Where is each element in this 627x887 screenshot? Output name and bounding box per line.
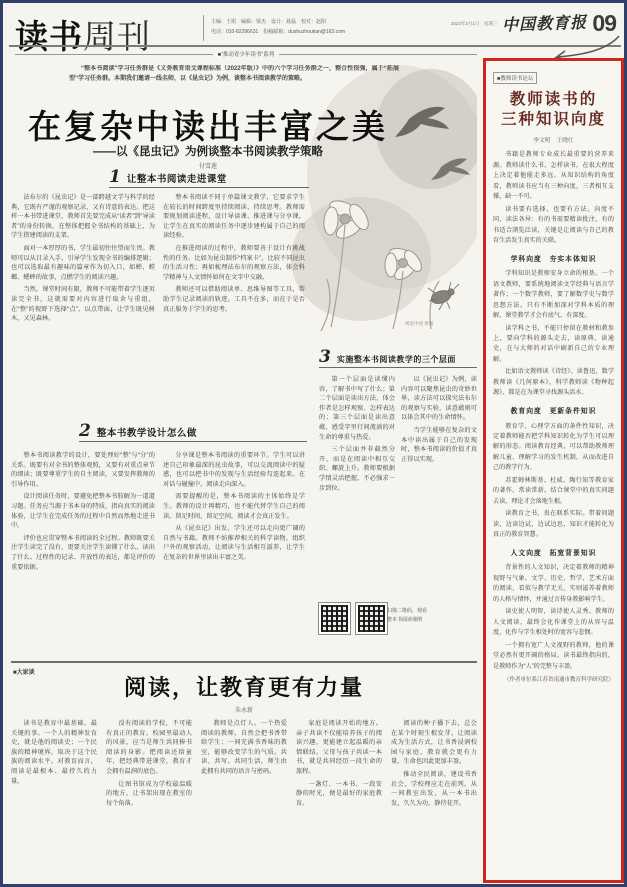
section-2-title: 整本书教学设计怎么做	[97, 425, 197, 439]
right-title-line-2: 三种知识向度	[493, 110, 614, 130]
paragraph: 以《昆虫记》为例，读内容可以聚焦昆虫的奇妙世界，读方法可以探究法布尔的观察与实验…	[401, 375, 477, 423]
right-column-article: ■教师读书论坛 教师读书的 三种知识向度 李文明 王晓红 书籍是教师专业成长最重…	[483, 58, 624, 883]
issue-date: 2023年3月1日 星期三	[451, 21, 498, 27]
paragraph: 苏霍姆林斯基、杜威、陶行知等教育家的著作，常读常新。结合课堂中的真实问题去读，理…	[493, 476, 614, 507]
paragraph: 从《昆虫记》出发，学生还可以走向更广阔的自然与书籍。教师不妨推荐相关的科学读物，…	[163, 524, 305, 562]
right-intro: 书籍是教师专业成长最重要的营养来源。教师读什么书、怎样读书，在很大程度上决定着他…	[493, 150, 614, 246]
section-1-title: 让整本书阅读走进课堂	[127, 171, 227, 185]
section-3-title: 实施整本书阅读教学的三个层面	[337, 354, 456, 365]
credits-line-1: 主编：王珺 编辑：梁杰 设计：聂磊 校对：赵阳	[211, 18, 361, 28]
bottom-article-title: 阅读，让教育更有力量	[11, 671, 477, 702]
section-3-number: 3	[319, 351, 331, 365]
main-subtitle: ——以《昆虫记》为例谈整本书阅读教学策略	[9, 143, 407, 159]
right-subhead-3: 人文向度 拓宽背景知识	[493, 548, 614, 560]
section-1-header: 1 让整本书阅读走进课堂	[109, 171, 309, 188]
text-column: 没有阅读的学校，不可能有真正的教育。校园里最动人的风景，应当是师生共同捧书阅读的…	[106, 719, 192, 877]
text-column: 分享课是整本书阅读的重要环节。学生可以讲述自己印象最深的昆虫故事，可以交流阅读中…	[163, 451, 305, 657]
qr-caption-line-2: 整本书阅读课例	[387, 616, 475, 625]
right-article-byline: 李文明 王晓红	[493, 135, 614, 144]
paragraph: 一盏灯、一本书、一段安静的时光，便是最好的家庭教育。	[296, 780, 382, 809]
header-rule	[9, 45, 621, 47]
main-byline: 付雪莲	[9, 161, 407, 170]
text-column: 整本书阅读教学的设计，要处理好“整”与“分”的关系。既要有对全书的整体观照，又要…	[11, 451, 155, 657]
paragraph: 让图书馆成为学校最温暖的地方，让书架出现在教室的每个角落。	[106, 780, 192, 809]
paragraph: 读学科之书，不能只停留在教材和教参上，要向学科的源头走去，读原典、读通史，在与大…	[493, 324, 614, 366]
right-article-footer: （作者单位系江苏省南通市教育科学研究院）	[493, 676, 614, 685]
paragraph: 第一个层面是读懂内容，了解书中写了什么；第二个层面是读出方法，体会作者是怎样观察…	[319, 375, 395, 442]
newspaper-page: 读书 周刊 主编：王珺 编辑：梁杰 设计：聂磊 校对：赵阳 电话：010-822…	[0, 0, 627, 887]
qr-caption: 扫描二维码，观看 整本书阅读课例	[387, 607, 475, 625]
paragraph: 分享课是整本书阅读的重要环节。学生可以讲述自己印象最深的昆虫故事，可以交流阅读中…	[163, 451, 305, 489]
section-2-header: 2 整本书教学设计怎么做	[79, 425, 307, 442]
text-column: 读书是教育中最基础、最关键的事。一个人的精神发育史，就是他的阅读史；一个民族的精…	[11, 719, 97, 877]
series-rule-left	[15, 54, 213, 55]
right-article-body: 书籍是教师专业成长最重要的营养来源。教师读什么书、怎样读书，在很大程度上决定着他…	[493, 150, 614, 685]
section-3-header: 3 实施整本书阅读教学的三个层面	[319, 351, 477, 368]
section-1-number: 1	[109, 171, 121, 185]
paragraph: 当然，课堂时间有限，教师不可能带着学生逐页读完全书，这就需要对内容进行取舍与重组…	[11, 285, 155, 323]
text-column: 家庭是阅读开始的地方。亲子共读不仅能培养孩子的阅读兴趣，更能建立起温暖的亲情联结…	[296, 719, 382, 877]
paragraph: 背景性的人文知识，决定着教师的精神视野与气象。文学、历史、哲学、艺术方面的阅读，…	[493, 563, 614, 605]
right-sub1-paras: 学科知识是教师安身立命的根基。一个语文教师，要系统地阅读文学经典与语言学著作；一…	[493, 269, 614, 399]
credits-line-2: 电话：010-82296631 投稿邮箱：dushuzhoukan@163.co…	[211, 28, 361, 38]
section-2-number: 2	[79, 425, 91, 439]
text-column: 教师是点灯人。一个热爱阅读的教师，自然会把书香带给学生；一间充满书香味的教室，能…	[201, 719, 287, 877]
paragraph: 面对一本厚厚的书，学生最初往往望而生畏。教师可以从目录入手，引导学生发现全书的编…	[11, 244, 155, 282]
paragraph: 比如语文教师读《诗经》、读鲁迅，数学教师读《几何原本》，科学教师读《物种起源》，…	[493, 367, 614, 398]
paragraph: 读书是教育中最基础、最关键的事。一个人的精神发育史，就是他的阅读史；一个民族的精…	[11, 719, 97, 786]
series-label: ■“推动青少年读书”系列	[213, 50, 280, 58]
right-article-title: 教师读书的 三种知识向度	[493, 90, 614, 130]
paragraph: 阅读的种子播下去，总会在某个时刻生根发芽。让阅读成为生活方式，让书香浸润校园与家…	[391, 719, 477, 767]
text-column: 阅读的种子播下去，总会在某个时刻生根发芽。让阅读成为生活方式，让书香浸润校园与家…	[391, 719, 477, 877]
page-number: 09	[592, 13, 616, 34]
paragraph: 整本书阅读不同于单篇课文教学，它要求学生在较长的时间跨度里持续阅读、持续思考。教…	[163, 193, 305, 241]
right-subhead-2: 教育向度 更新条件知识	[493, 406, 614, 418]
paper-name: 中国教育报	[502, 10, 588, 36]
qr-code-left	[319, 603, 350, 634]
paragraph: 法布尔的《昆虫记》是一部跨越文学与科学的经典，它既有严谨的观察记录，又有诗意的表…	[11, 193, 155, 241]
paragraph: 教师是点灯人。一个热爱阅读的教师，自然会把书香带给学生；一间充满书香味的教室，能…	[201, 719, 287, 777]
text-column: 整本书阅读不同于单篇课文教学，它要求学生在较长的时间跨度里持续阅读、持续思考。教…	[163, 193, 305, 419]
paragraph: 读书要有选择，也要有方法。向度不同，读法各异：有的书需要精读批注，有的书适合浏览…	[493, 205, 614, 247]
qr-caption-line-1: 扫描二维码，观看	[387, 607, 475, 616]
masthead-divider	[203, 15, 204, 41]
bottom-article-byline: 朱永新	[11, 705, 477, 714]
right-subhead-1: 学科向度 夯实本体知识	[493, 254, 614, 266]
series-banner: ■“推动青少年读书”系列	[15, 50, 477, 58]
paragraph: 三个层面并非截然分开，而是在阅读中相互交织、螺旋上升。教师要根据学情灵活把握，不…	[319, 445, 395, 493]
paragraph: 在推进阅读的过程中，教师要善于设计有挑战性的任务。比如为昆虫制作“档案卡”，比较…	[163, 244, 305, 282]
bottom-article-rule	[11, 661, 477, 663]
paragraph: 教育学、心理学方面的条件性知识，决定着教师能否把学科知识转化为学生可以理解的形态…	[493, 422, 614, 474]
paragraph: 当学生能够在复杂的文本中读出属于自己的发现时，整本书阅读的价值才真正得以实现。	[401, 426, 477, 464]
paragraph: 一个拥有宽广人文视野的教师，他的课堂必然有更开阔的格局。读书最终指向的，是教师作…	[493, 641, 614, 672]
paragraph: 整本书阅读教学的设计，要处理好“整”与“分”的关系。既要有对全书的整体观照，又要…	[11, 451, 155, 489]
paragraph: 学科知识是教师安身立命的根基。一个语文教师，要系统地阅读文学经典与语言学著作；一…	[493, 269, 614, 321]
right-sub3-paras: 背景性的人文知识，决定着教师的精神视野与气象。文学、历史、哲学、艺术方面的阅读，…	[493, 563, 614, 672]
series-rule-right	[279, 54, 477, 55]
text-column: 法布尔的《昆虫记》是一部跨越文学与科学的经典，它既有严谨的观察记录，又有诗意的表…	[11, 193, 155, 419]
qr-code-row	[319, 603, 387, 634]
intro-text: “整本书阅读”学习任务群是《义务教育语文课程标准（2022年版）》中的六个学习任…	[69, 65, 399, 84]
paragraph: 评价也应贯穿整本书阅读的全过程。教师既要关注学生读完了没有，更要关注学生读懂了什…	[11, 534, 155, 572]
masthead-credits: 主编：王珺 编辑：梁杰 设计：聂磊 校对：赵阳 电话：010-82296631 …	[211, 18, 361, 37]
paragraph: 家庭是阅读开始的地方。亲子共读不仅能培养孩子的阅读兴趣，更能建立起温暖的亲情联结…	[296, 719, 382, 777]
paragraph: 教师还可以借助阅读单、思维导图等工具，帮助学生记录阅读的轨迹。工具不在多，而在于…	[163, 285, 305, 314]
paragraph: 读教育之书，贵在联系实际。带着问题读，边读边试，边试边思，知识才能转化为真正的教…	[493, 509, 614, 540]
illustration-credit: 视觉中国 供图	[405, 321, 433, 327]
paragraph: 设计阅读任务时，要避免把整本书肢解为一道道习题。任务应当源于书本身的特质，指向真…	[11, 492, 155, 530]
article-intro: “整本书阅读”学习任务群是《义务教育语文课程标准（2022年版）》中的六个学习任…	[69, 65, 399, 103]
text-column: 第一个层面是读懂内容，了解书中写了什么；第二个层面是读出方法，体会作者是怎样观察…	[319, 375, 395, 595]
forum-label: ■教师读书论坛	[493, 72, 537, 84]
paragraph: 没有阅读的学校，不可能有真正的教育。校园里最动人的风景，应当是师生共同捧书阅读的…	[106, 719, 192, 777]
paragraph: 推动全民阅读，建设书香社会，学校理应走在前列。从一间教室出发，从一本书出发，久久…	[391, 770, 477, 808]
paragraph: 读史使人明智，读诗使人灵秀。教师的人文阅读，最终会化作课堂上的从容与温度，化作与…	[493, 607, 614, 638]
paragraph: 需要提醒的是，整本书阅读的主体始终是学生。教师的设计再精巧，也不能代替学生自己的…	[163, 492, 305, 521]
paragraph: 书籍是教师专业成长最重要的营养来源。教师读什么书、怎样读书，在很大程度上决定着他…	[493, 150, 614, 202]
right-sub2-paras: 教育学、心理学方面的条件性知识，决定着教师能否把学科知识转化为学生可以理解的形态…	[493, 422, 614, 541]
qr-code-right	[356, 603, 387, 634]
header-right: 2023年3月1日 星期三 中国教育报 09	[451, 11, 616, 34]
right-title-line-1: 教师读书的	[493, 90, 614, 110]
main-headline: 在复杂中读出丰富之美	[9, 101, 407, 148]
